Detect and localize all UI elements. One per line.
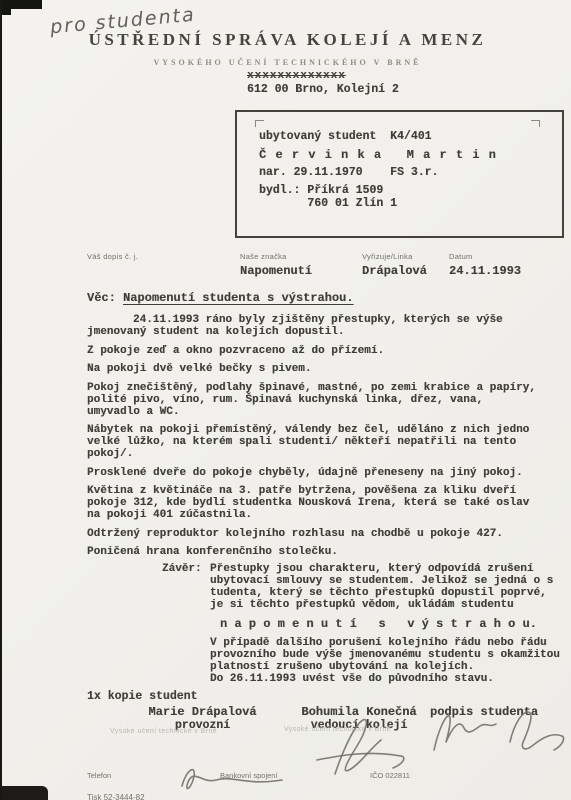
recipient-city: 760 01 Zlín 1 bbox=[259, 197, 397, 210]
signatory-name: Marie Drápalová bbox=[120, 705, 285, 719]
organization-address: 612 00 Brno, Kolejní 2 bbox=[247, 83, 399, 96]
body-paragraph: Odtržený reproduktor kolejního rozhlasu … bbox=[87, 528, 539, 540]
label-handled-by: Vyřizuje/Linka bbox=[362, 252, 413, 261]
recipient-address-box: ubytovaný student K4/401 Č e r v i n k a… bbox=[235, 110, 564, 238]
body-paragraph: Z pokoje zeď a okno pozvraceno až do pří… bbox=[87, 345, 539, 357]
recipient-role: ubytovaný student K4/401 bbox=[259, 130, 432, 143]
footer-print-code: Tisk 52-3444-82 bbox=[87, 793, 145, 800]
subject-text: Napomenutí studenta s výstrahou. bbox=[123, 291, 353, 305]
struck-out-text: xxxxxxxxxxxxx bbox=[247, 70, 346, 82]
body-paragraph: Na pokoji dvě velké bečky s pivem. bbox=[87, 363, 539, 375]
value-handled-by: Drápalová bbox=[362, 264, 427, 278]
conclusion-text-3: Do 26.11.1993 uvést vše do původního sta… bbox=[210, 673, 570, 685]
conclusion-emphasis: n a p o m e n u t í s v ý s t r a h o u. bbox=[220, 617, 562, 631]
label-your-ref: Váš dopis č. j. bbox=[87, 252, 138, 261]
value-our-ref: Napomenutí bbox=[240, 264, 312, 278]
body-paragraph: Nábytek na pokoji přemístěný, válendy be… bbox=[87, 424, 539, 460]
footer-telefon-label: Telefon bbox=[87, 771, 111, 780]
label-our-ref: Naše značka bbox=[240, 252, 287, 261]
stamp-text-left: Vysoké učení technické v Brně bbox=[110, 728, 310, 735]
conclusion-block: Závěr: Přestupky jsou charakteru, který … bbox=[162, 563, 562, 685]
body-paragraph: Prosklené dveře do pokoje chyběly, údajn… bbox=[87, 467, 539, 479]
recipient-street: bydl.: Příkrá 1509 bbox=[259, 184, 383, 197]
conclusion-text-1: Přestupky jsou charakteru, který odpovíd… bbox=[210, 563, 555, 611]
scan-artifact-top-left-2 bbox=[2, 0, 11, 15]
conclusion-text-2: V případě dalšího porušení kolejního řád… bbox=[210, 637, 570, 673]
body-paragraph: Poničená hrana konferenčního stolečku. bbox=[87, 546, 539, 558]
handwritten-signature-student bbox=[426, 702, 571, 764]
body-paragraph: 24.11.1993 ráno byly zjištěny přestupky,… bbox=[87, 314, 539, 338]
subject-line: Věc: Napomenutí studenta s výstrahou. bbox=[87, 291, 353, 305]
organization-subtitle: VYSOKÉHO UČENÍ TECHNICKÉHO V BRNĚ bbox=[2, 58, 571, 67]
copy-note: 1x kopie student bbox=[87, 690, 197, 703]
subject-label: Věc: bbox=[87, 291, 123, 305]
label-date: Datum bbox=[449, 252, 473, 261]
conclusion-label: Závěr: bbox=[162, 563, 202, 575]
body-paragraph: Květina z květináče na 3. patře bytržena… bbox=[87, 485, 539, 521]
footer-ico: IČO 022811 bbox=[370, 771, 410, 780]
organization-title: ÚSTŘEDNÍ SPRÁVA KOLEJÍ A MENZ bbox=[2, 30, 571, 50]
letter-body: 24.11.1993 ráno byly zjištěny přestupky,… bbox=[87, 314, 539, 565]
scan-artifact-bottom-left bbox=[2, 786, 48, 800]
recipient-birth: nar. 29.11.1970 FS 3.r. bbox=[259, 166, 438, 179]
recipient-name: Č e r v i n k a M a r t i n bbox=[259, 148, 497, 162]
value-date: 24.11.1993 bbox=[449, 264, 521, 278]
envelope-window-tick-right bbox=[531, 120, 540, 127]
body-paragraph: Pokoj znečištěný, podlahy špinavé, mastn… bbox=[87, 382, 539, 418]
envelope-window-tick-left bbox=[255, 120, 264, 127]
footer-bank-label: Bankovní spojení bbox=[220, 771, 278, 780]
scanned-letter-page: pro studenta ÚSTŘEDNÍ SPRÁVA KOLEJÍ A ME… bbox=[0, 0, 571, 800]
